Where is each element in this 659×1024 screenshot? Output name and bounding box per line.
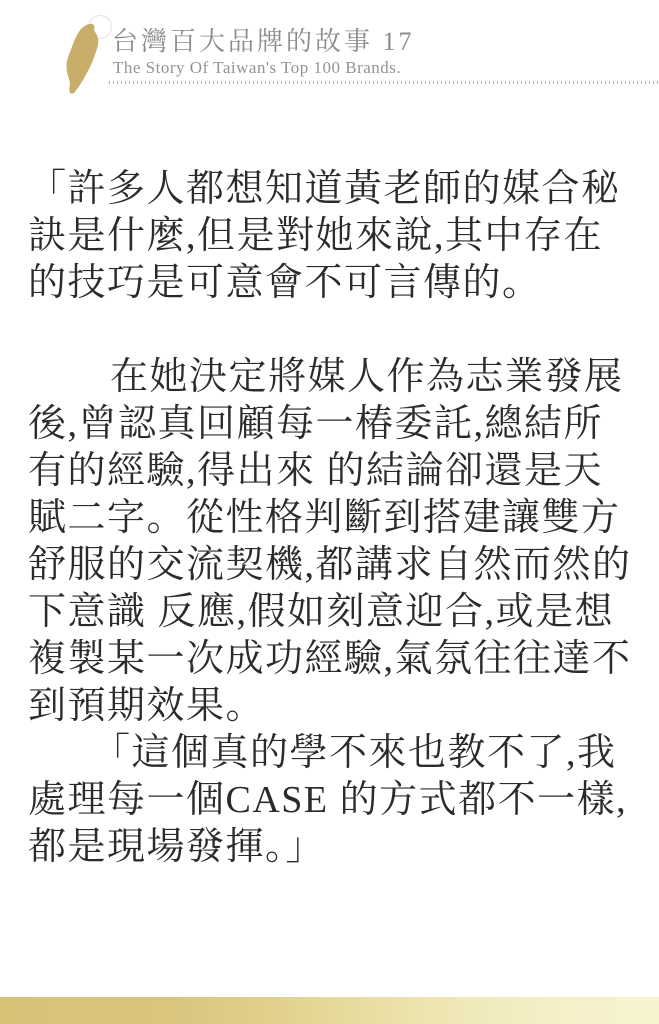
text-line: 後,曾認真回顧每一椿委託,總結所 [28,401,633,448]
paragraph-1: 「許多人都想知道黃老師的媒合秘訣是什麼,但是對她來說,其中存在的技巧是可意會不可… [28,166,633,307]
page-title: 台灣百大品牌的故事 17 [112,28,415,56]
paragraph-2: 在她決定將媒人作為志業發展後,曾認真回顧每一椿委託,總結所有的經驗,得出來 的結… [28,354,633,730]
dotted-divider [109,81,659,84]
text-line: 「這個真的學不來也教不了,我 [28,730,633,777]
text-line: 複製某一次成功經驗,氣氛往往達不 [28,636,633,683]
text-line: 在她決定將媒人作為志業發展 [28,354,633,401]
text-line: 有的經驗,得出來 的結論卻還是天 [28,448,633,495]
footer-gold-bar [0,997,659,1024]
text-line: 賦二字。從性格判斷到搭建讓雙方 [28,495,633,542]
article-body: 「許多人都想知道黃老師的媒合秘訣是什麼,但是對她來說,其中存在的技巧是可意會不可… [28,166,633,871]
text-line: 處理每一個CASE 的方式都不一樣, [28,777,633,824]
text-line: 訣是什麼,但是對她來說,其中存在 [28,213,633,260]
paragraph-3: 「這個真的學不來也教不了,我處理每一個CASE 的方式都不一樣,都是現場發揮。」 [28,730,633,871]
page-header: 台灣百大品牌的故事 17 The Story Of Taiwan's Top 1… [0,0,659,110]
text-line: 下意識 反應,假如刻意迎合,或是想 [28,589,633,636]
text-line: 舒服的交流契機,都講求自然而然的 [28,542,633,589]
text-line: 到預期效果。 [28,683,633,730]
text-line: 都是現場發揮。」 [28,824,633,871]
text-line: 「許多人都想知道黃老師的媒合秘 [28,166,633,213]
text-line: 的技巧是可意會不可言傳的。 [28,260,633,307]
taiwan-island-icon [64,23,104,95]
page-subtitle: The Story Of Taiwan's Top 100 Brands. [113,58,401,78]
